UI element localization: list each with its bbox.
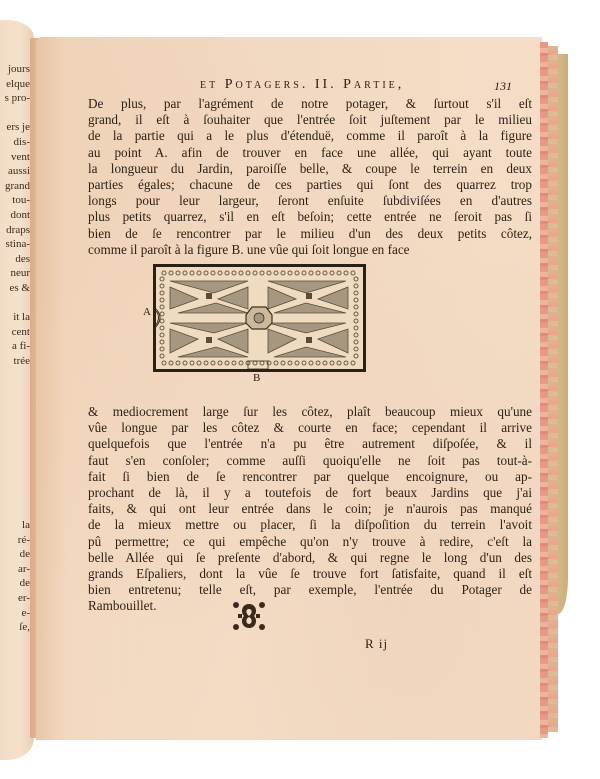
left-page-word-fragment: tou-	[12, 193, 30, 208]
text-line: la longueur du Jardin, paroiſſe belle, &…	[88, 161, 532, 177]
red-page-edge	[540, 42, 548, 738]
text-line: comme il paroît à la figure B. une vûe q…	[88, 242, 532, 258]
left-page-word-fragment: la	[22, 518, 30, 533]
text-line: & mediocrement large ſur les côtez, plaî…	[88, 404, 532, 420]
left-page-word-fragment: ſe,	[19, 620, 30, 635]
text-line: De plus, par l'agrément de notre potager…	[88, 96, 532, 112]
page-edges	[540, 42, 570, 742]
garden-plan-figure	[153, 264, 366, 372]
left-page-word-fragment: ré-	[18, 533, 30, 548]
text-line: quelquefois que l'entrée n'a pu être aut…	[88, 436, 532, 452]
left-page-word-fragment: dis-	[14, 135, 31, 150]
left-page-word-fragment: s pro-	[5, 91, 30, 106]
left-page-word-fragment: dont	[10, 208, 30, 223]
text-line: faits, & qui ont leur entrée dans le coi…	[88, 501, 532, 517]
left-page-word-fragment: elque	[6, 77, 30, 92]
running-head: et Potagers. II. Partie,	[200, 77, 404, 92]
left-page-word-fragment: it la	[13, 310, 30, 325]
left-page-word-fragment: vent	[11, 150, 30, 165]
left-page-word-fragment: jours	[8, 62, 30, 77]
page-number: 131	[494, 79, 512, 94]
text-line: faut s'en conſoler; comme auſſi quoiqu'e…	[88, 453, 532, 469]
left-page-word-fragment: ar-	[18, 562, 30, 577]
left-page-word-fragment: de	[20, 547, 30, 562]
left-page-fragment: jourselques pro-ers jedis-ventaussigrand…	[0, 20, 34, 760]
text-line: bien entretenu; telle eſt, par exemple, …	[88, 582, 532, 598]
left-page-word-fragment: trée	[14, 354, 30, 369]
text-line: bien de ſe rencontrer par le milieu d'un…	[88, 226, 532, 242]
fleuron-ornament-icon	[232, 600, 266, 632]
left-page-word-fragment: grand	[5, 179, 30, 194]
signature-mark: R ij	[365, 636, 388, 652]
text-line: pû permettre; ce qui empêche qu'on n'y t…	[88, 534, 532, 550]
left-page-word-fragment: draps	[6, 223, 30, 238]
left-page-word-fragment: des	[15, 252, 30, 267]
page-edge-back	[558, 54, 568, 614]
text-line: longs pour leur largeur, ſeront enſuite …	[88, 193, 532, 209]
left-page-word-fragment: ers je	[6, 120, 30, 135]
text-line: grands Eſpaliers, dont la vûe ſe trouve …	[88, 566, 532, 582]
text-line: plus petits quarrez, s'il en eſt beſoin;…	[88, 209, 532, 225]
garden-plan-illustration	[156, 267, 363, 369]
figure-label-a: A	[143, 306, 151, 318]
figure-label-b: B	[253, 372, 260, 384]
text-line: grand, il eſt à ſouhaiter que l'entrée ſ…	[88, 112, 532, 128]
text-line: vûe longue par les côtez & courte en fac…	[88, 420, 532, 436]
left-page-word-fragment: stina-	[6, 237, 30, 252]
text-line: prochant de là, il y a toutefois de fort…	[88, 485, 532, 501]
left-page-word-fragment: neur	[10, 266, 30, 281]
left-page-word-fragment: es &	[10, 281, 30, 296]
text-line: fait ſi bien de ſe rencontrer par quelqu…	[88, 469, 532, 485]
page-header: et Potagers. II. Partie, 131	[200, 77, 512, 93]
left-page-word-fragment: e-	[21, 606, 30, 621]
text-line: au point A. afin de trouver en face une …	[88, 145, 532, 161]
left-page-word-fragment: cent	[12, 325, 30, 340]
page-edge-middle	[548, 46, 558, 732]
text-line: de la mieux mettre ou placer, ſi la diſp…	[88, 517, 532, 533]
text-line: belle Allée qui ſe preſente d'abord, & q…	[88, 550, 532, 566]
left-page-word-fragment: de	[20, 576, 30, 591]
left-page-word-fragment: er-	[18, 591, 30, 606]
text-line: parties égales; chacune de ces parties q…	[88, 177, 532, 193]
left-page-word-fragment: a fi-	[12, 339, 30, 354]
left-page-word-fragment: aussi	[8, 164, 30, 179]
text-line: de la partie qui a le plus d'étenduë, co…	[88, 128, 532, 144]
text-line: Rambouillet.	[88, 598, 532, 614]
